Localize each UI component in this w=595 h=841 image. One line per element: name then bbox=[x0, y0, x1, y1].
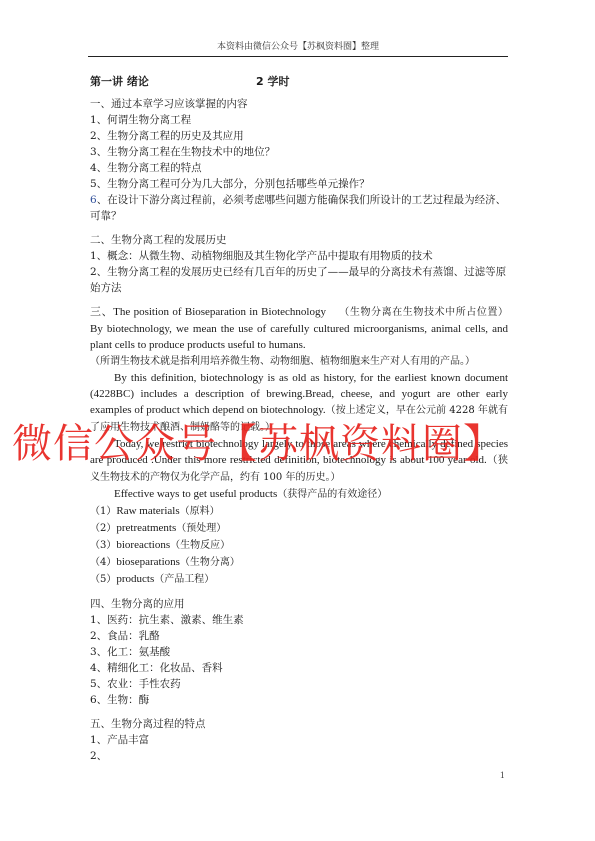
ways-cn: （获得产品的有效途径） bbox=[277, 489, 387, 500]
history-paragraph: By this definition, biotechnology is as … bbox=[90, 370, 508, 436]
restrict-paragraph: Today, we restrict biotechnology largely… bbox=[90, 436, 508, 486]
list-item-en: products bbox=[116, 573, 154, 585]
section-heading: 一、通过本章学习应该掌握的内容 bbox=[90, 96, 508, 112]
list-item: 2、 bbox=[90, 748, 508, 764]
list-item: 2、生物分离工程的发展历史已经有几百年的历史了——最早的分离技术有蒸馏、过滤等原… bbox=[90, 264, 508, 296]
restrict-en: Today, we restrict biotechnology largely… bbox=[90, 438, 508, 466]
list-item: 6、在设计下游分离过程前，必须考虑哪些问题方能确保我们所设计的工艺过程最为经济、… bbox=[90, 192, 508, 224]
list-item: 2、食品：乳酪 bbox=[90, 628, 508, 644]
list-item-number: （2） bbox=[90, 523, 116, 534]
list-item: 1、产品丰富 bbox=[90, 732, 508, 748]
section-heading: 五、生物分离过程的特点 bbox=[90, 716, 508, 732]
list-item: 5、生物分离工程可分为几大部分，分别包括哪些单元操作？ bbox=[90, 176, 508, 192]
list-item-number: （3） bbox=[90, 540, 116, 551]
lecture-hours: 2 学时 bbox=[256, 72, 289, 92]
section-learning-objectives: 一、通过本章学习应该掌握的内容 1、何谓生物分离工程 2、生物分离工程的历史及其… bbox=[90, 96, 508, 224]
list-item-en: bioseparations bbox=[116, 556, 180, 568]
section-heading-cn: （生物分离在生物技术中所占位置） bbox=[339, 307, 508, 318]
list-item: 1、概念：从微生物、动植物细胞及其生物化学产品中提取有用物质的技术 bbox=[90, 248, 508, 264]
list-item: （2）pretreatments（预处理） bbox=[90, 520, 508, 537]
section-heading: 二、生物分离工程的发展历史 bbox=[90, 232, 508, 248]
list-item: 1、何谓生物分离工程 bbox=[90, 112, 508, 128]
section-characteristics: 五、生物分离过程的特点 1、产品丰富 2、 bbox=[90, 716, 508, 764]
definition-paragraph: 三、The position of Bioseparation in Biote… bbox=[90, 304, 508, 353]
list-item-en: bioreactions bbox=[116, 539, 170, 551]
list-item-number: 6 bbox=[90, 194, 97, 206]
list-item: （4）bioseparations（生物分离） bbox=[90, 554, 508, 571]
list-item: （3）bioreactions（生物反应） bbox=[90, 537, 508, 554]
page-number: 1 bbox=[500, 770, 505, 780]
definition-cn: （所谓生物技术就是指利用培养微生物、动物细胞、植物细胞来生产对人有用的产品。） bbox=[90, 353, 508, 370]
list-item-cn: （预处理） bbox=[176, 523, 226, 534]
list-item: 2、生物分离工程的历史及其应用 bbox=[90, 128, 508, 144]
list-item: 5、农业：手性农药 bbox=[90, 676, 508, 692]
section-position: 三、The position of Bioseparation in Biote… bbox=[90, 304, 508, 588]
lecture-name: 第一讲 绪论 bbox=[90, 75, 149, 88]
definition-cn-text: （所谓生物技术就是指利用培养微生物、动物细胞、植物细胞来生产对人有用的产品。） bbox=[90, 356, 475, 367]
definition-en: By biotechnology, we mean the use of car… bbox=[90, 323, 508, 351]
list-item: （5）products（产品工程） bbox=[90, 571, 508, 588]
list-item-text: 、在设计下游分离过程前，必须考虑哪些问题方能确保我们所设计的工艺过程最为经济、可… bbox=[90, 194, 506, 222]
list-item-cn: （原料） bbox=[180, 506, 220, 517]
list-item: 6、生物：酶 bbox=[90, 692, 508, 708]
list-item-number: （4） bbox=[90, 557, 116, 568]
section-history: 二、生物分离工程的发展历史 1、概念：从微生物、动植物细胞及其生物化学产品中提取… bbox=[90, 232, 508, 296]
list-item-cn: （产品工程） bbox=[154, 574, 214, 585]
list-item: （1）Raw materials（原料） bbox=[90, 503, 508, 520]
list-item: 1、医药：抗生素、激素、维生素 bbox=[90, 612, 508, 628]
section-applications: 四、生物分离的应用 1、医药：抗生素、激素、维生素 2、食品：乳酪 3、化工：氨… bbox=[90, 596, 508, 708]
list-item-en: Raw materials bbox=[116, 505, 179, 517]
list-item-en: pretreatments bbox=[116, 522, 176, 534]
section-heading-en: 三、The position of Bioseparation in Biote… bbox=[90, 306, 326, 318]
header-text: 本资料由微信公众号【苏枫资料圈】整理 bbox=[217, 42, 379, 52]
ways-en: Effective ways to get useful products bbox=[114, 488, 277, 500]
ways-heading: Effective ways to get useful products（获得… bbox=[90, 486, 508, 503]
page-header: 本资料由微信公众号【苏枫资料圈】整理 bbox=[88, 40, 508, 57]
list-item: 3、生物分离工程在生物技术中的地位？ bbox=[90, 144, 508, 160]
list-item: 4、生物分离工程的特点 bbox=[90, 160, 508, 176]
list-item: 3、化工：氨基酸 bbox=[90, 644, 508, 660]
lecture-title: 第一讲 绪论 2 学时 bbox=[90, 72, 508, 92]
list-item-number: （1） bbox=[90, 506, 116, 517]
list-item: 4、精细化工：化妆品、香料 bbox=[90, 660, 508, 676]
list-item-number: （5） bbox=[90, 574, 116, 585]
list-item-cn: （生物分离） bbox=[180, 557, 240, 568]
section-heading: 四、生物分离的应用 bbox=[90, 596, 508, 612]
document-body: 第一讲 绪论 2 学时 一、通过本章学习应该掌握的内容 1、何谓生物分离工程 2… bbox=[90, 72, 508, 764]
list-item-cn: （生物反应） bbox=[170, 540, 230, 551]
